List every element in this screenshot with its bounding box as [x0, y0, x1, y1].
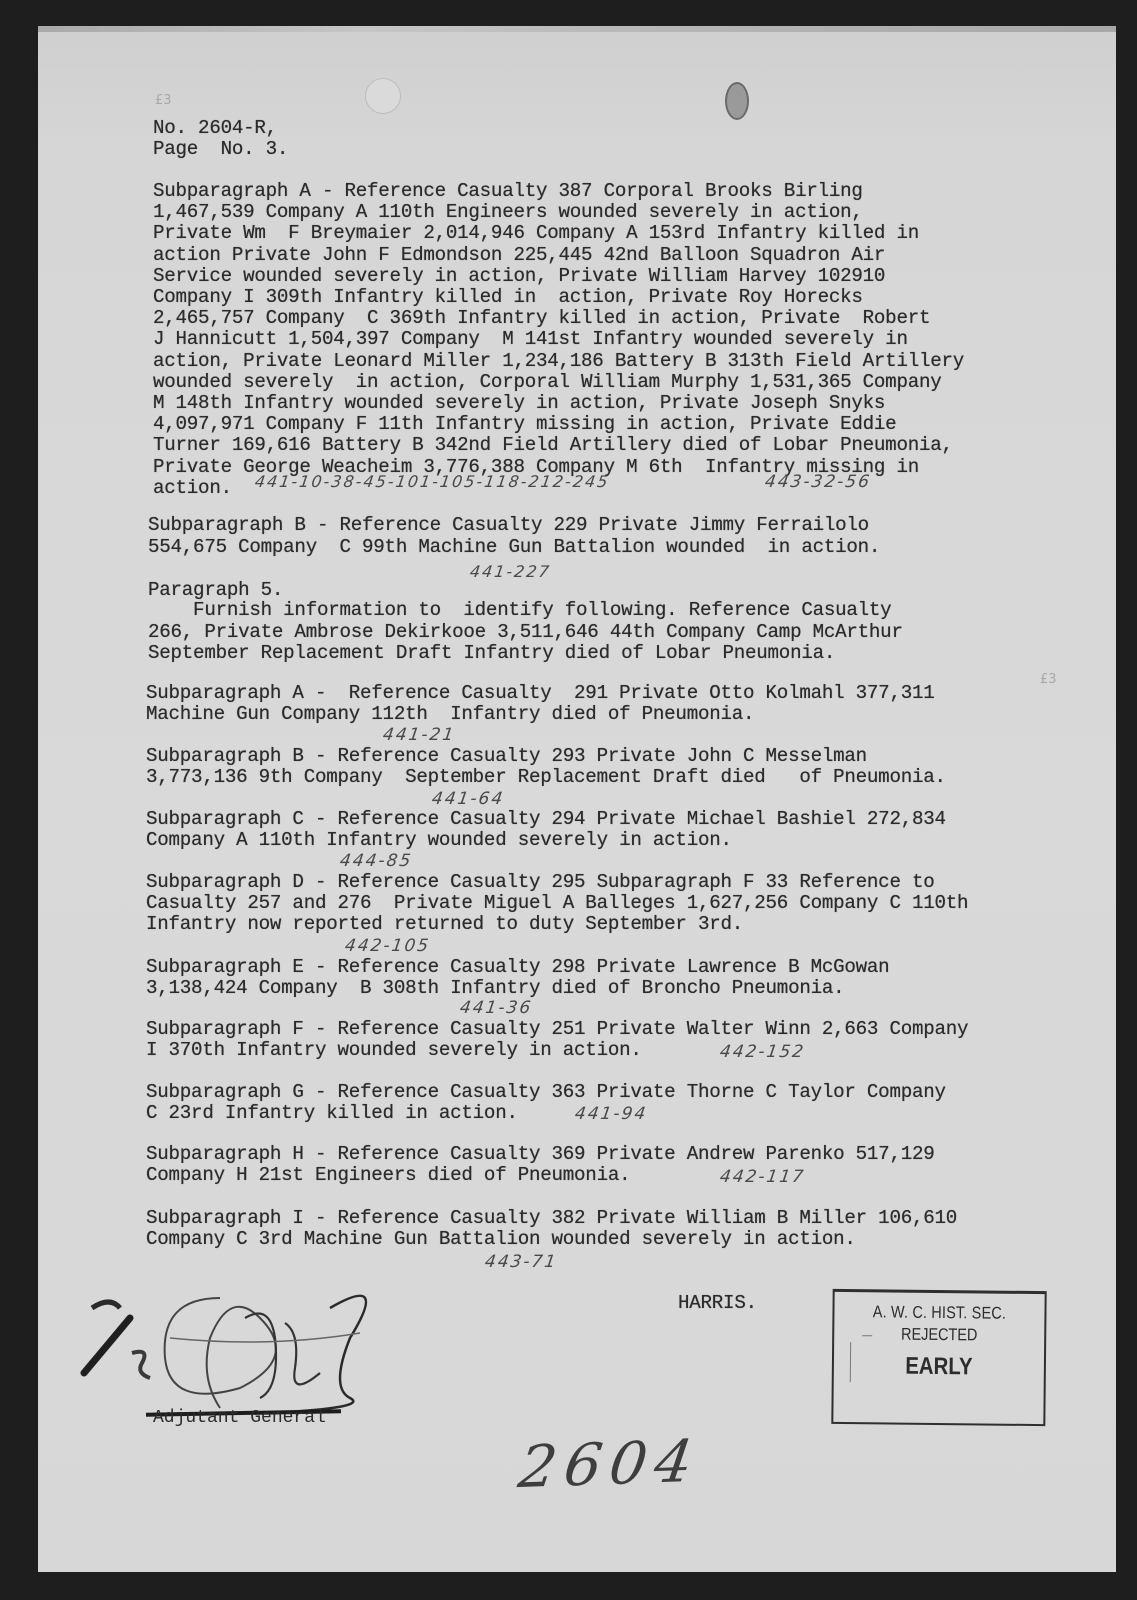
signature-title: Adjutant General — [153, 1408, 326, 1428]
text-line: Company H 21st Engineers died of Pneumon… — [146, 1165, 630, 1186]
text-line: Turner 169,616 Battery B 342nd Field Art… — [153, 435, 953, 456]
text-line: Machine Gun Company 112th Infantry died … — [146, 704, 754, 725]
text-line: Service wounded severely in action, Priv… — [153, 266, 885, 287]
text-line: Subparagraph B - Reference Casualty 229 … — [148, 515, 869, 536]
document-number: No. 2604-R, — [153, 118, 277, 139]
text-line: Company A 110th Infantry wounded severel… — [146, 830, 732, 851]
text-line: Furnish information to identify followin… — [148, 600, 891, 621]
text-line: September Replacement Draft Infantry die… — [148, 643, 835, 664]
text-line: wounded severely in action, Corporal Wil… — [153, 372, 942, 393]
handwritten-annotation: 444-85 — [339, 851, 414, 871]
text-line: J Hannicutt 1,504,397 Company M 141st In… — [153, 329, 908, 350]
text-line: Subparagraph I - Reference Casualty 382 … — [146, 1208, 957, 1229]
text-line: Subparagraph H - Reference Casualty 369 … — [146, 1144, 935, 1165]
signature — [70, 1278, 470, 1428]
text-line: action Private John F Edmondson 225,445 … — [153, 245, 885, 266]
stamp-line-3: EARLY — [850, 1352, 1029, 1382]
text-line: Subparagraph A - Reference Casualty 387 … — [153, 181, 863, 202]
page-number: Page No. 3. — [153, 139, 288, 160]
text-line: Subparagraph B - Reference Casualty 293 … — [146, 746, 867, 767]
handwritten-annotation: 441-36 — [459, 998, 534, 1018]
signer-name: HARRIS. — [678, 1293, 757, 1314]
paragraph-5-heading: Paragraph 5. — [148, 580, 283, 601]
text-line: C 23rd Infantry killed in action. — [146, 1103, 518, 1124]
text-line: 1,467,539 Company A 110th Engineers woun… — [153, 202, 863, 223]
handwritten-file-number: 2604 — [515, 1427, 705, 1501]
text-line: 554,675 Company C 99th Machine Gun Batta… — [148, 537, 880, 558]
handwritten-annotation: 442-105 — [344, 936, 432, 956]
text-line: Subparagraph D - Reference Casualty 295 … — [146, 872, 935, 893]
handwritten-annotation: 443-32-56 — [764, 472, 873, 492]
text-line: Subparagraph A - Reference Casualty 291 … — [146, 683, 935, 704]
corner-mark: £3 — [1040, 672, 1057, 687]
text-line: Subparagraph C - Reference Casualty 294 … — [146, 809, 946, 830]
stamp-line-2: REJECTED — [850, 1324, 1029, 1346]
punch-hole — [365, 78, 401, 114]
text-line: I 370th Infantry wounded severely in act… — [146, 1040, 642, 1061]
text-line: Subparagraph F - Reference Casualty 251 … — [146, 1019, 968, 1040]
handwritten-annotation: 442-152 — [719, 1042, 807, 1062]
text-line: 4,097,971 Company F 11th Infantry missin… — [153, 414, 896, 435]
handwritten-annotation: 443-71 — [484, 1252, 559, 1272]
text-line: Private Wm F Breymaier 2,014,946 Company… — [153, 223, 919, 244]
rejected-stamp: A. W. C. HIST. SEC. REJECTED EARLY — [831, 1289, 1046, 1426]
text-line: action, Private Leonard Miller 1,234,186… — [153, 351, 964, 372]
handwritten-annotation: 441-21 — [382, 725, 457, 745]
text-line: Infantry now reported returned to duty S… — [146, 914, 743, 935]
handwritten-annotation: 441-94 — [574, 1104, 649, 1124]
handwritten-annotation: 441-64 — [431, 789, 506, 809]
text-line: M 148th Infantry wounded severely in act… — [153, 393, 885, 414]
handwritten-annotation: 441-227 — [469, 562, 553, 581]
text-line: 3,138,424 Company B 308th Infantry died … — [146, 978, 844, 999]
stamp-line-1: A. W. C. HIST. SEC. — [850, 1302, 1029, 1324]
text-line: Subparagraph G - Reference Casualty 363 … — [146, 1082, 946, 1103]
text-line: Subparagraph E - Reference Casualty 298 … — [146, 957, 889, 978]
corner-mark: £3 — [155, 93, 172, 108]
text-line: 3,773,136 9th Company September Replacem… — [146, 767, 946, 788]
handwritten-annotation: 442-117 — [719, 1167, 807, 1187]
text-line: action. — [153, 478, 232, 499]
text-line: 2,465,757 Company C 369th Infantry kille… — [153, 308, 930, 329]
punch-hole — [725, 82, 749, 120]
text-line: Casualty 257 and 276 Private Miguel A Ba… — [146, 893, 968, 914]
text-line: Company I 309th Infantry killed in actio… — [153, 287, 863, 308]
text-line: Company C 3rd Machine Gun Battalion woun… — [146, 1229, 856, 1250]
text-line: 266, Private Ambrose Dekirkooe 3,511,646… — [148, 622, 903, 643]
handwritten-annotation: 441-10-38-45-101-105-118-212-245 — [254, 472, 611, 491]
